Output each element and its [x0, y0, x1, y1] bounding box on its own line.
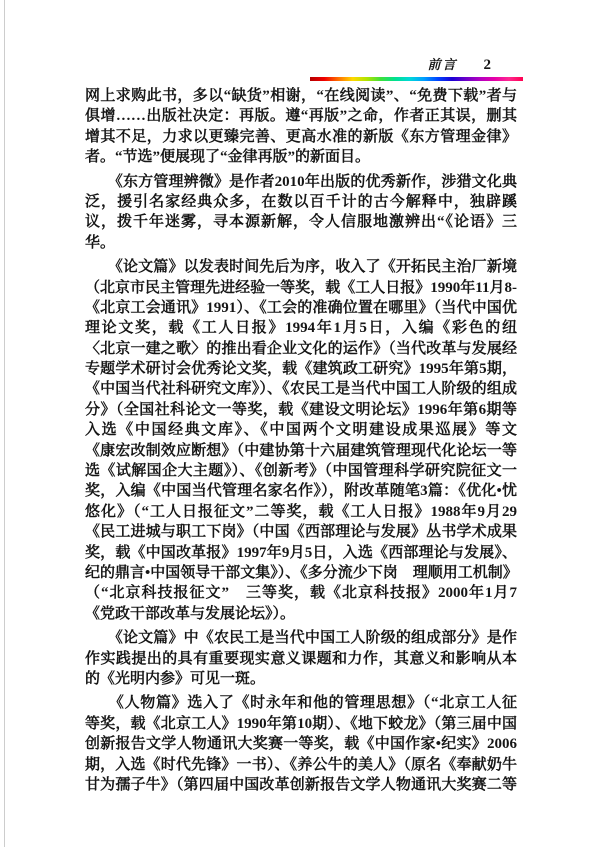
paragraph: 网上求购此书，多以“缺货”相谢，“在线阅读”、“免费下载”者与日俱增……出版社决… — [85, 86, 517, 168]
paragraph: 《论文篇》中《农民工是当代中国工人阶级的组成部分》是作者在工作实践提出的具有重要… — [85, 628, 517, 689]
text-line: 《康宏改制效应断想》（中建协第十六届建筑管理现代化论坛一等奖，入 — [85, 441, 517, 461]
text-line: 《论文篇》中《农民工是当代中国工人阶级的组成部分》是作者在工 — [85, 628, 517, 648]
text-line: 入选《中国经典文库》、《中国两个文明建设成果巡展》等文集。）、 — [85, 420, 517, 440]
text-line: 期，入选《时代先锋》一书）、《养公牛的美人》（原名《奉献奶牛业 — [85, 755, 517, 775]
text-line: 纪的鼎言•中国领导干部文集》）、《多分流少下岗 理顺用工机制》 — [85, 563, 517, 583]
text-line: 俱增……出版社决定：再版。遵“再版”之命，作者正其误，删其不当， — [85, 106, 517, 126]
page-header: 前言 2 — [310, 57, 523, 81]
text-line: 《论文篇》以发表时间先后为序，收入了《开拓民主治厂新境界》 — [85, 257, 517, 277]
page-edge-line — [4, 0, 5, 847]
text-line: 《北京工会通讯》1991）、《工会的准确位置在哪里》（当代中国优秀管 — [85, 298, 517, 318]
rainbow-divider — [310, 77, 523, 81]
text-line: 的《光明内参》可见一斑。 — [85, 669, 517, 689]
text-line: 《民工进城与职工下岗》（中国《西部理论与发展》丛书学术成果特等 — [85, 522, 517, 542]
text-line: 等奖，载《北京工人》1990年第10期）、《地下蛟龙》（第三届中国改革 — [85, 714, 517, 734]
page-body: 网上求购此书，多以“缺货”相谢，“在线阅读”、“免费下载”者与日俱增……出版社决… — [85, 86, 517, 795]
book-page: 前言 2 网上求购此书，多以“缺货”相谢，“在线阅读”、“免费下载”者与日俱增…… — [0, 0, 600, 847]
paragraph: 《论文篇》以发表时间先后为序，收入了《开拓民主治厂新境界》（北京市民主管理先进经… — [85, 257, 517, 624]
text-line: 选《试解国企大主题》）、《创新考》（中国管理科学研究院征文一等 — [85, 461, 517, 481]
text-line: 奖，载《中国改革报》1997年9月5日，入选《西部理论与发展》、《新世 — [85, 543, 517, 563]
text-line: 《东方管理辨微》是作者2010年出版的优秀新作，涉猎文化典籍广 — [85, 172, 517, 192]
text-line: 议，拨千年迷雾，寻本源新解，令人信服地激辨出“《论语》三难”之精 — [85, 212, 517, 232]
text-line: 奖，入编《中国当代管理名家名作》），附改革随笔3篇：《优化•忧化• — [85, 481, 517, 501]
paragraph: 《东方管理辨微》是作者2010年出版的优秀新作，涉猎文化典籍广泛，援引名家经典众… — [85, 172, 517, 254]
text-line: 〈北京一建之歌〉的推出看企业文化的运作》（当代改革与发展经济文化 — [85, 339, 517, 359]
text-line: 华。 — [85, 233, 517, 253]
text-line: 分》（全国社科论文一等奖，载《建设文明论坛》1996年第6期等报刊， — [85, 400, 517, 420]
text-line: 网上求购此书，多以“缺货”相谢，“在线阅读”、“免费下载”者与日 — [85, 86, 517, 106]
text-line: 增其不足，力求以更臻完善、更高水准的新版《东方管理金律》敬奉于读 — [85, 127, 517, 147]
text-line: 作实践提出的具有重要现实意义课题和力作，其意义和影响从本篇后附录 — [85, 649, 517, 669]
text-line: 者。“节选”便展现了“金律再版”的新面目。 — [85, 147, 517, 167]
text-line: 理论文奖，载《工人日报》1994年1月5日，入编《彩色的纽带》）、《从 — [85, 318, 517, 338]
page-number: 2 — [484, 57, 492, 73]
text-line: 专题学术研讨会优秀论文奖，载《建筑政工研究》1995年第5期，入选 — [85, 359, 517, 379]
text-line: 甘为孺子牛》（第四届中国改革创新报告文学人物通讯大奖赛二等奖， — [85, 775, 517, 795]
text-line: 《中国当代社科研究文库》）、《农民工是当代中国工人阶级的组成部 — [85, 379, 517, 399]
text-line: 悠化》（“工人日报征文”二等奖，载《工人日报》1988年9月29日）、 — [85, 502, 517, 522]
text-line: （“北京科技报征文” 三等奖，载《北京科技报》2000年1月7日，入选 — [85, 583, 517, 603]
text-line: 创新报告文学人物通讯大奖赛一等奖，载《中国作家•纪实》2006年第12 — [85, 734, 517, 754]
text-line: （北京市民主管理先进经验一等奖，载《工人日报》1990年11月8-22日， — [85, 278, 517, 298]
text-line: 泛，援引名家经典众多，在数以百千计的古今解释中，独辟蹊径，力排众 — [85, 192, 517, 212]
text-line: 《人物篇》选入了《时永年和他的管理思想》（“北京工人征文”三 — [85, 693, 517, 713]
paragraph: 《人物篇》选入了《时永年和他的管理思想》（“北京工人征文”三等奖，载《北京工人》… — [85, 693, 517, 795]
running-head: 前言 2 — [310, 57, 523, 73]
chapter-title: 前言 — [427, 57, 457, 73]
text-line: 《党政干部改革与发展论坛》）。 — [85, 604, 517, 624]
